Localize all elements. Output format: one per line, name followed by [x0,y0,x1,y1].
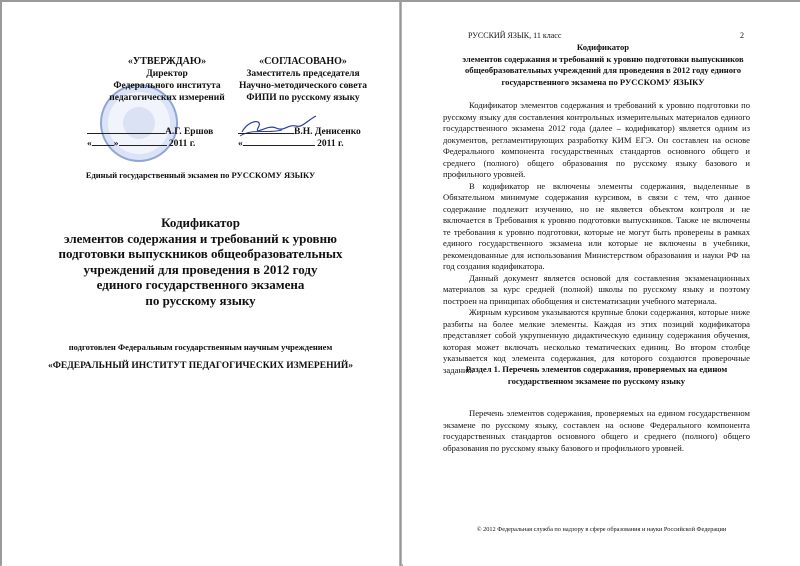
title-line: элементов содержания и требований к уров… [2,231,399,247]
paragraph: Перечень элементов содержания, проверяем… [443,408,750,454]
date-year: 2011 г. [317,139,343,149]
approval-block-agreed: «СОГЛАСОВАНО» Заместитель председателя Н… [228,56,378,104]
page-title: Кодификатор элементов содержания и требо… [433,42,773,88]
paragraph: В кодификатор не включены элементы содер… [443,181,750,273]
paragraph: Данный документ является основой для сос… [443,273,750,308]
approval-line: Федерального института [87,80,247,92]
section-body: Перечень элементов содержания, проверяем… [443,408,750,454]
title-line: общеобразовательных учреждений для прове… [433,65,773,77]
approval-line: ФИПИ по русскому языку [228,92,378,104]
approval-heading: «УТВЕРЖДАЮ» [87,56,247,68]
approval-line: Научно-методического совета [228,80,378,92]
exam-subtitle: Единый государственный экзамен по РУССКО… [2,170,399,180]
date-blank [243,136,315,146]
page-divider [399,2,402,566]
running-header: РУССКИЙ ЯЗЫК, 11 класс [468,31,748,40]
institute-name: «ФЕДЕРАЛЬНЫЙ ИНСТИТУТ ПЕДАГОГИЧЕСКИХ ИЗМ… [2,361,399,371]
prepared-by: подготовлен Федеральным государственным … [2,342,399,352]
section-heading-line: государственном экзамене по русскому язы… [443,376,750,388]
page-number: 2 [740,31,744,40]
title-line: по русскому языку [2,293,399,309]
document-spread: «УТВЕРЖДАЮ» Директор Федерального инстит… [0,0,800,566]
section-heading: Раздел 1. Перечень элементов содержания,… [443,364,750,387]
document-title: Кодификатор элементов содержания и требо… [2,215,399,308]
title-line: Кодификатор [433,42,773,54]
title-line: элементов содержания и требований к уров… [433,54,773,66]
title-line: Кодификатор [2,215,399,231]
approval-line: педагогических измерений [87,92,247,104]
date-month-blank [119,136,167,146]
title-line: учреждений для проведения в 2012 году [2,262,399,278]
date-day-blank [92,136,114,146]
signature-underline [87,124,165,134]
copyright-footer: © 2012 Федеральная служба по надзору в с… [403,526,800,533]
date-line: « 2011 г. [238,136,344,149]
section-heading-line: Раздел 1. Перечень элементов содержания,… [443,364,750,376]
approval-heading: «СОГЛАСОВАНО» [228,56,378,68]
paragraph: Кодификатор элементов содержания и требо… [443,100,750,181]
approval-line: Заместитель председателя [228,68,378,80]
title-line: подготовки выпускников общеобразовательн… [2,246,399,262]
approval-block-approved: «УТВЕРЖДАЮ» Директор Федерального инстит… [87,56,247,104]
content-page: РУССКИЙ ЯЗЫК, 11 класс 2 Кодификатор эле… [403,2,800,566]
date-year: 2011 г. [169,139,195,149]
cover-page: «УТВЕРЖДАЮ» Директор Федерального инстит… [2,2,399,566]
approval-line: Директор [87,68,247,80]
title-line: единого государственного экзамена [2,277,399,293]
intro-body: Кодификатор элементов содержания и требо… [443,100,750,376]
signature-underline [238,124,294,134]
date-line: «» 2011 г. [87,136,195,149]
title-line: государственного экзамена по РУССКОМУ ЯЗ… [433,77,773,89]
